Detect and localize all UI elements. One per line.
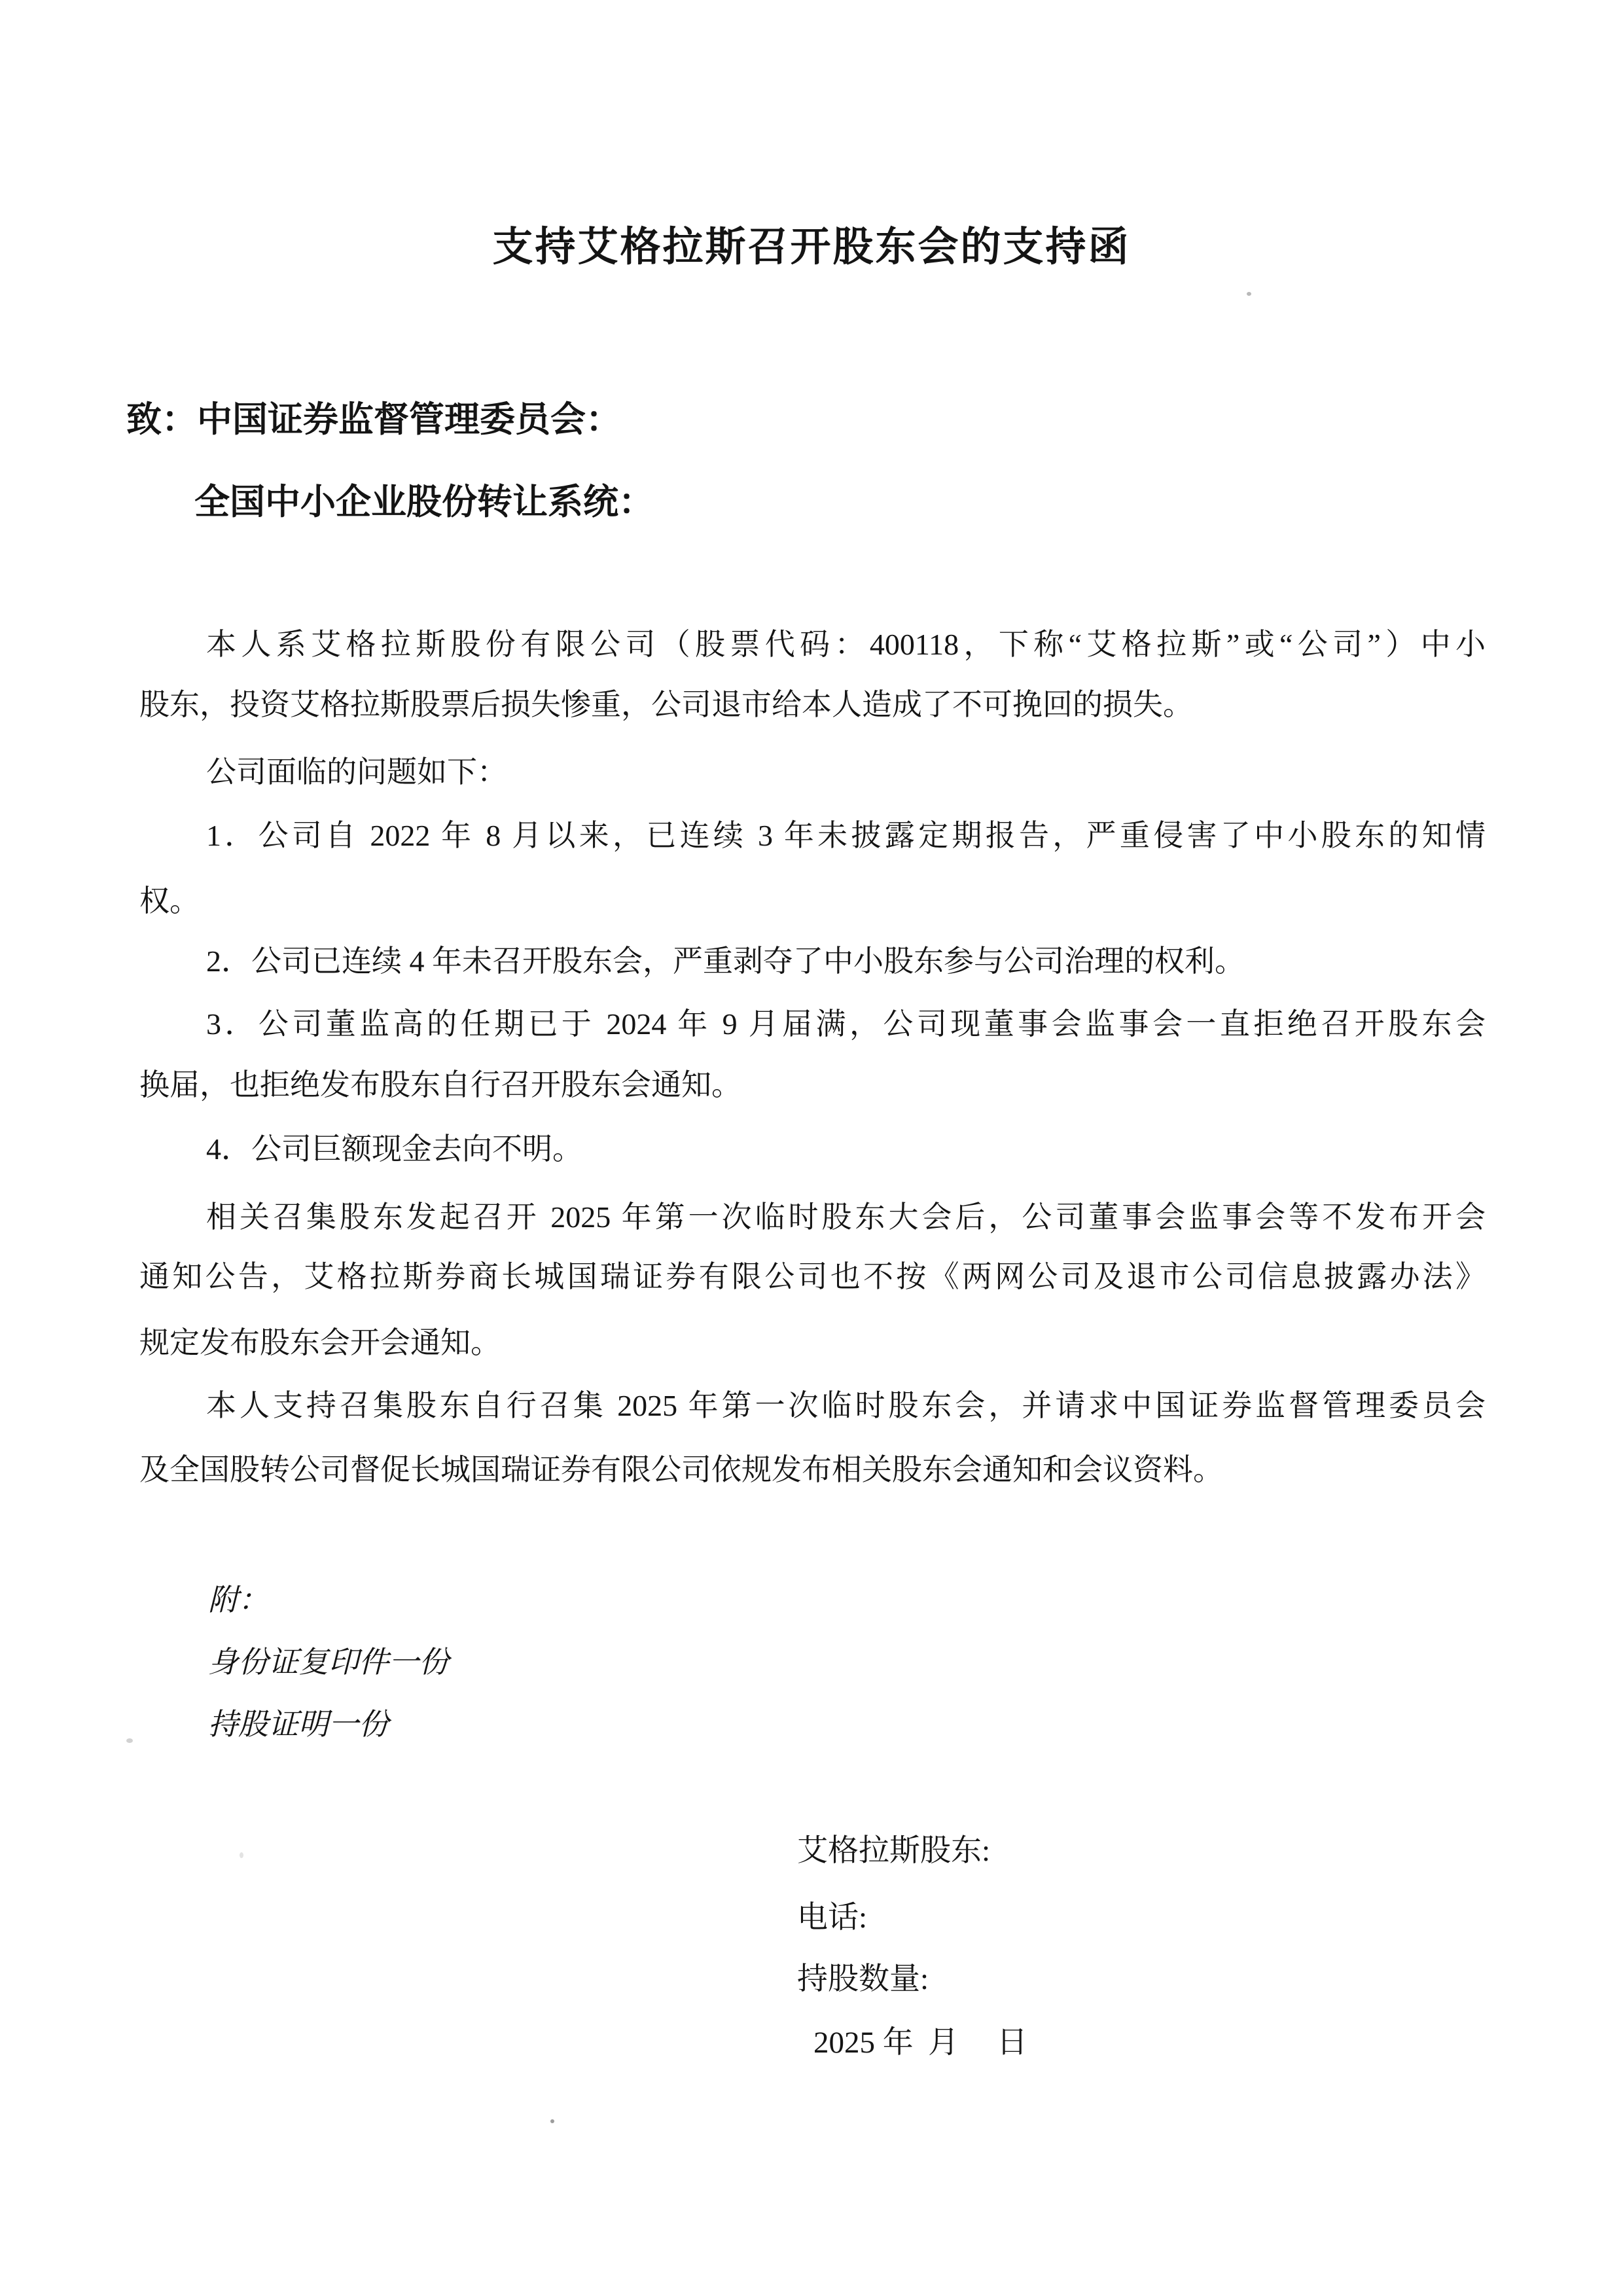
body-line-item3-1: 3．公司董监高的任期已于 2024 年 9 月届满，公司现董事会监事会一直拒绝召… xyxy=(139,1008,1486,1041)
body-line-request-1: 本人支持召集股东自行召集 2025 年第一次临时股东会，并请求中国证券监督管理委… xyxy=(139,1390,1486,1422)
signature-date-month: 月 xyxy=(928,2026,959,2060)
recipient-line-csrc: 致：中国证券监督管理委员会： xyxy=(126,401,621,439)
signature-shareholder-label: 艾格拉斯股东: xyxy=(797,1835,990,1868)
scan-artifact xyxy=(550,2119,554,2123)
signature-date-year: 2025 年 xyxy=(813,2026,914,2060)
attachment-item-holding-proof: 持股证明一份 xyxy=(208,1708,389,1741)
scan-artifact xyxy=(240,1852,243,1858)
body-line-intro-2: 股东，投资艾格拉斯股票后损失惨重，公司退市给本人造成了不可挽回的损失。 xyxy=(139,689,1193,721)
attachment-item-id-copy: 身份证复印件一份 xyxy=(208,1646,449,1679)
body-line-follow-1: 相关召集股东发起召开 2025 年第一次临时股东大会后，公司董事会监事会等不发布… xyxy=(139,1201,1486,1234)
signature-date-day: 日 xyxy=(997,2026,1027,2060)
body-line-item2: 2．公司已连续 4 年未召开股东会，严重剥夺了中小股东参与公司治理的权利。 xyxy=(206,945,1245,978)
document-page: 支持艾格拉斯召开股东会的支持函 致：中国证券监督管理委员会： 全国中小企业股份转… xyxy=(0,0,1623,2296)
body-line-follow-2: 通知公告，艾格拉斯券商长城国瑞证券有限公司也不按《两网公司及退市公司信息披露办法… xyxy=(139,1261,1486,1293)
body-line-item1-1: 1．公司自 2022 年 8 月以来，已连续 3 年未披露定期报告，严重侵害了中… xyxy=(139,819,1486,852)
body-line-request-2: 及全国股转公司督促长城国瑞证券有限公司依规发布相关股东会通知和会议资料。 xyxy=(139,1454,1223,1486)
body-line-problems-heading: 公司面临的问题如下： xyxy=(206,756,507,789)
scan-artifact xyxy=(1247,292,1251,296)
body-line-item4: 4．公司巨额现金去向不明。 xyxy=(206,1133,582,1166)
recipient-line-neeq: 全国中小企业股份转让系统： xyxy=(194,483,654,521)
body-line-intro-1: 本人系艾格拉斯股份有限公司（股票代码：400118，下称“艾格拉斯”或“公司”）… xyxy=(139,628,1486,661)
attachments-heading: 附： xyxy=(208,1584,268,1617)
body-line-item3-2: 换届，也拒绝发布股东自行召开股东会通知。 xyxy=(139,1069,741,1102)
signature-holdings-label: 持股数量: xyxy=(797,1963,929,1996)
scan-artifact xyxy=(126,1738,133,1743)
document-title: 支持艾格拉斯召开股东会的支持函 xyxy=(0,226,1623,269)
body-line-item1-2: 权。 xyxy=(139,885,200,918)
signature-phone-label: 电话: xyxy=(797,1901,867,1935)
body-line-follow-3: 规定发布股东会开会通知。 xyxy=(139,1327,501,1359)
